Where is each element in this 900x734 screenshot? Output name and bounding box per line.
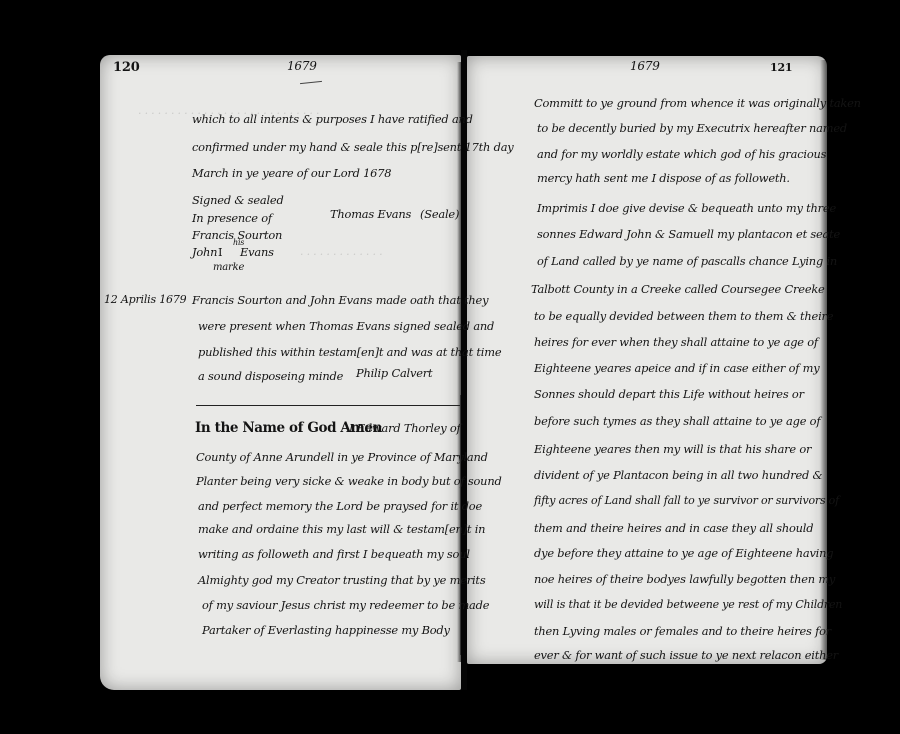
testator-signature: Thomas Evans <box>330 207 411 221</box>
text-line: published this within testam[en]t and wa… <box>198 345 501 359</box>
text-line: I Edward Thorley of <box>349 421 461 435</box>
text-line: ever & for want of such issue to ye next… <box>534 648 838 662</box>
text-line: heires for ever when they shall attaine … <box>534 335 818 349</box>
text-line: and for my worldly estate which god of h… <box>537 147 826 161</box>
witness-name-last: Evans <box>240 245 274 259</box>
signed-sealed-label: Signed & sealed <box>192 193 284 207</box>
text-line: then Lyving males or females and to thei… <box>534 624 831 638</box>
text-line: of Land called by ye name of pascalls ch… <box>537 254 837 268</box>
folio-number-left: 120 <box>113 60 140 75</box>
text-line: Planter being very sicke & weake in body… <box>196 474 502 488</box>
page-year-left: 1679 <box>287 59 317 73</box>
text-line: Almighty god my Creator trusting that by… <box>198 573 485 587</box>
text-line: Committ to ye ground from whence it was … <box>534 96 861 110</box>
text-line: before such tymes as they shall attaine … <box>534 414 820 428</box>
text-line: dye before they attaine to ye age of Eig… <box>534 546 833 560</box>
witness-name-first: John <box>192 245 217 259</box>
text-line: which to all intents & purposes I have r… <box>192 112 473 126</box>
judge-signature: Philip Calvert <box>356 366 432 380</box>
text-line: divident of ye Plantacon being in all tw… <box>534 468 822 482</box>
page-year-right: 1679 <box>630 59 660 73</box>
text-line: to be equally devided between them to th… <box>534 309 833 323</box>
folio-number-right: 121 <box>770 61 792 74</box>
text-line: Talbott County in a Creeke called Course… <box>531 282 825 296</box>
bleed-through-text: . . . . . . . . . . . . . <box>300 245 382 258</box>
text-line: will is that it be devided betweene ye r… <box>534 598 842 611</box>
witness-mark: I <box>218 245 222 259</box>
text-line: County of Anne Arundell in ye Province o… <box>196 450 488 464</box>
text-line: to be decently buried by my Executrix he… <box>537 121 847 135</box>
text-line: Eighteene yeares then my will is that hi… <box>534 442 811 456</box>
text-line: Partaker of Everlasting happinesse my Bo… <box>202 623 450 637</box>
text-line: them and theire heires and in case they … <box>534 521 813 535</box>
text-line: mercy hath sent me I dispose of as follo… <box>537 171 790 185</box>
text-line: sonnes Edward John & Samuell my plantaco… <box>537 227 840 241</box>
text-line: writing as followeth and first I bequeat… <box>198 547 470 561</box>
seal-mark: (Seale) <box>420 207 459 221</box>
probate-margin-date: 12 Aprilis 1679 <box>104 293 186 306</box>
text-line: of my saviour Jesus christ my redeemer t… <box>202 598 489 612</box>
text-line: and perfect memory the Lord be praysed f… <box>198 499 482 513</box>
text-line: confirmed under my hand & seale this p[r… <box>192 140 514 154</box>
in-presence-label: In presence of <box>192 211 272 225</box>
text-line: Imprimis I doe give devise & bequeath un… <box>537 201 836 215</box>
text-line: March in ye yeare of our Lord 1678 <box>192 166 391 180</box>
section-divider-rule <box>196 405 461 406</box>
text-line: were present when Thomas Evans signed se… <box>198 319 494 333</box>
page-edge-rule <box>460 395 461 655</box>
text-line: a sound disposeing minde <box>198 369 343 383</box>
text-line: fifty acres of Land shall fall to ye sur… <box>534 494 839 507</box>
text-line: make and ordaine this my last will & tes… <box>198 522 485 536</box>
text-line: Eighteene yeares apeice and if in case e… <box>534 361 820 375</box>
witness-mark-label: marke <box>213 262 244 273</box>
text-line: Francis Sourton and John Evans made oath… <box>192 293 488 307</box>
text-line: noe heires of theire bodyes lawfully beg… <box>534 572 835 586</box>
text-line: Sonnes should depart this Life without h… <box>534 387 804 401</box>
